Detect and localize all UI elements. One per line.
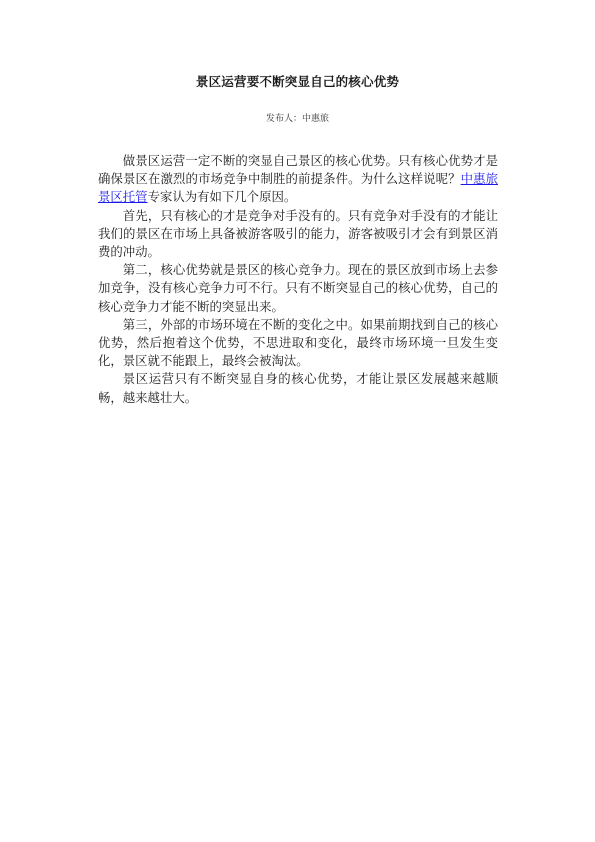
paragraph-third: 第三，外部的市场环境在不断的变化之中。如果前期找到自己的核心优势，然后抱着这个优… — [98, 316, 498, 371]
article-body: 做景区运营一定不断的突显自己景区的核心优势。只有核心优势才是确保景区在激烈的市场… — [98, 152, 498, 407]
paragraph-intro-tail: 专家认为有如下几个原因。 — [148, 189, 297, 204]
paragraph-intro: 做景区运营一定不断的突显自己景区的核心优势。只有核心优势才是确保景区在激烈的市场… — [98, 152, 498, 207]
paragraph-intro-text: 做景区运营一定不断的突显自己景区的核心优势。只有核心优势才是确保景区在激烈的市场… — [98, 153, 498, 186]
author-line: 发布人：中惠旅 — [0, 111, 595, 124]
paragraph-first: 首先，只有核心的才是竞争对手没有的。只有竞争对手没有的才能让我们的景区在市场上具… — [98, 207, 498, 262]
paragraph-conclusion: 景区运营只有不断突显自身的核心优势，才能让景区发展越来越顺畅，越来越壮大。 — [98, 370, 498, 406]
document-title: 景区运营要不断突显自己的核心优势 — [0, 72, 595, 90]
paragraph-second: 第二，核心优势就是景区的核心竞争力。现在的景区放到市场上去参加竞争，没有核心竞争… — [98, 261, 498, 316]
